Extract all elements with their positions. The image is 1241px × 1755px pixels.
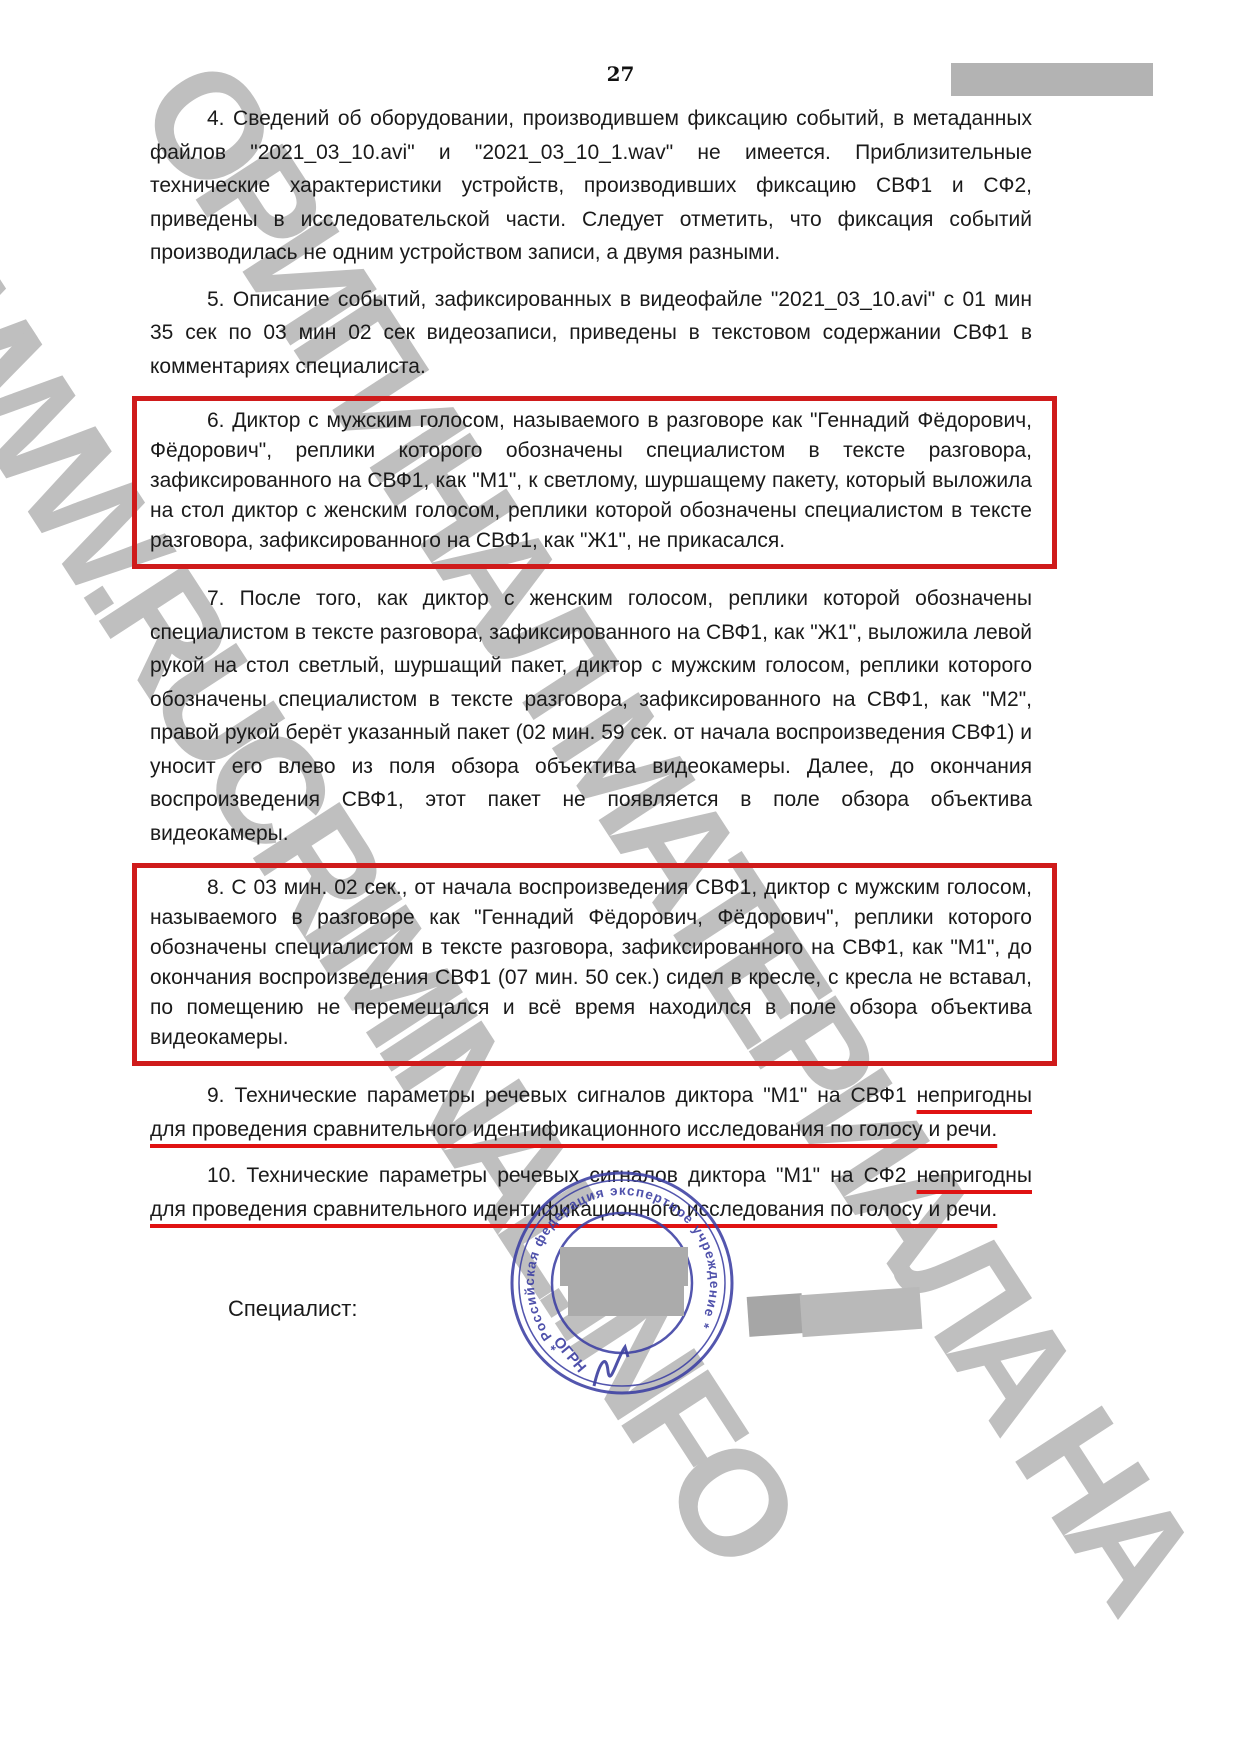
paragraph-5: 5. Описание событий, зафиксированных в в… [150,283,1032,384]
paragraph-6: 6. Диктор с мужским голосом, называемого… [150,406,1032,556]
watermark-fragment-dark [747,1293,805,1337]
document-page: ОРИГИНАЛ МАТЕРИАЛА НА WWW.RUCRIMINAL.INF… [0,0,1241,1755]
redaction-box-stamp-1 [560,1247,688,1286]
paragraph-9-lead: 9. Технические параметры речевых сигнало… [207,1084,917,1107]
redaction-box-stamp-2 [568,1286,684,1316]
redaction-box-top-right [951,63,1153,96]
highlight-box-paragraph-6: 6. Диктор с мужским голосом, называемого… [132,396,1057,569]
watermark-fragment-light [800,1287,923,1337]
paragraph-7: 7. После того, как диктор с женским голо… [150,582,1032,850]
paragraph-9: 9. Технические параметры речевых сигнало… [150,1079,1032,1146]
highlight-box-paragraph-8: 8. С 03 мин. 02 сек., от начала воспроиз… [132,863,1057,1066]
paragraph-8: 8. С 03 мин. 02 сек., от начала воспроиз… [150,873,1032,1053]
specialist-label: Специалист: [228,1296,357,1322]
paragraph-4: 4. Сведений об оборудовании, производивш… [150,102,1032,270]
document-body: 4. Сведений об оборудовании, производивш… [150,60,1032,1239]
